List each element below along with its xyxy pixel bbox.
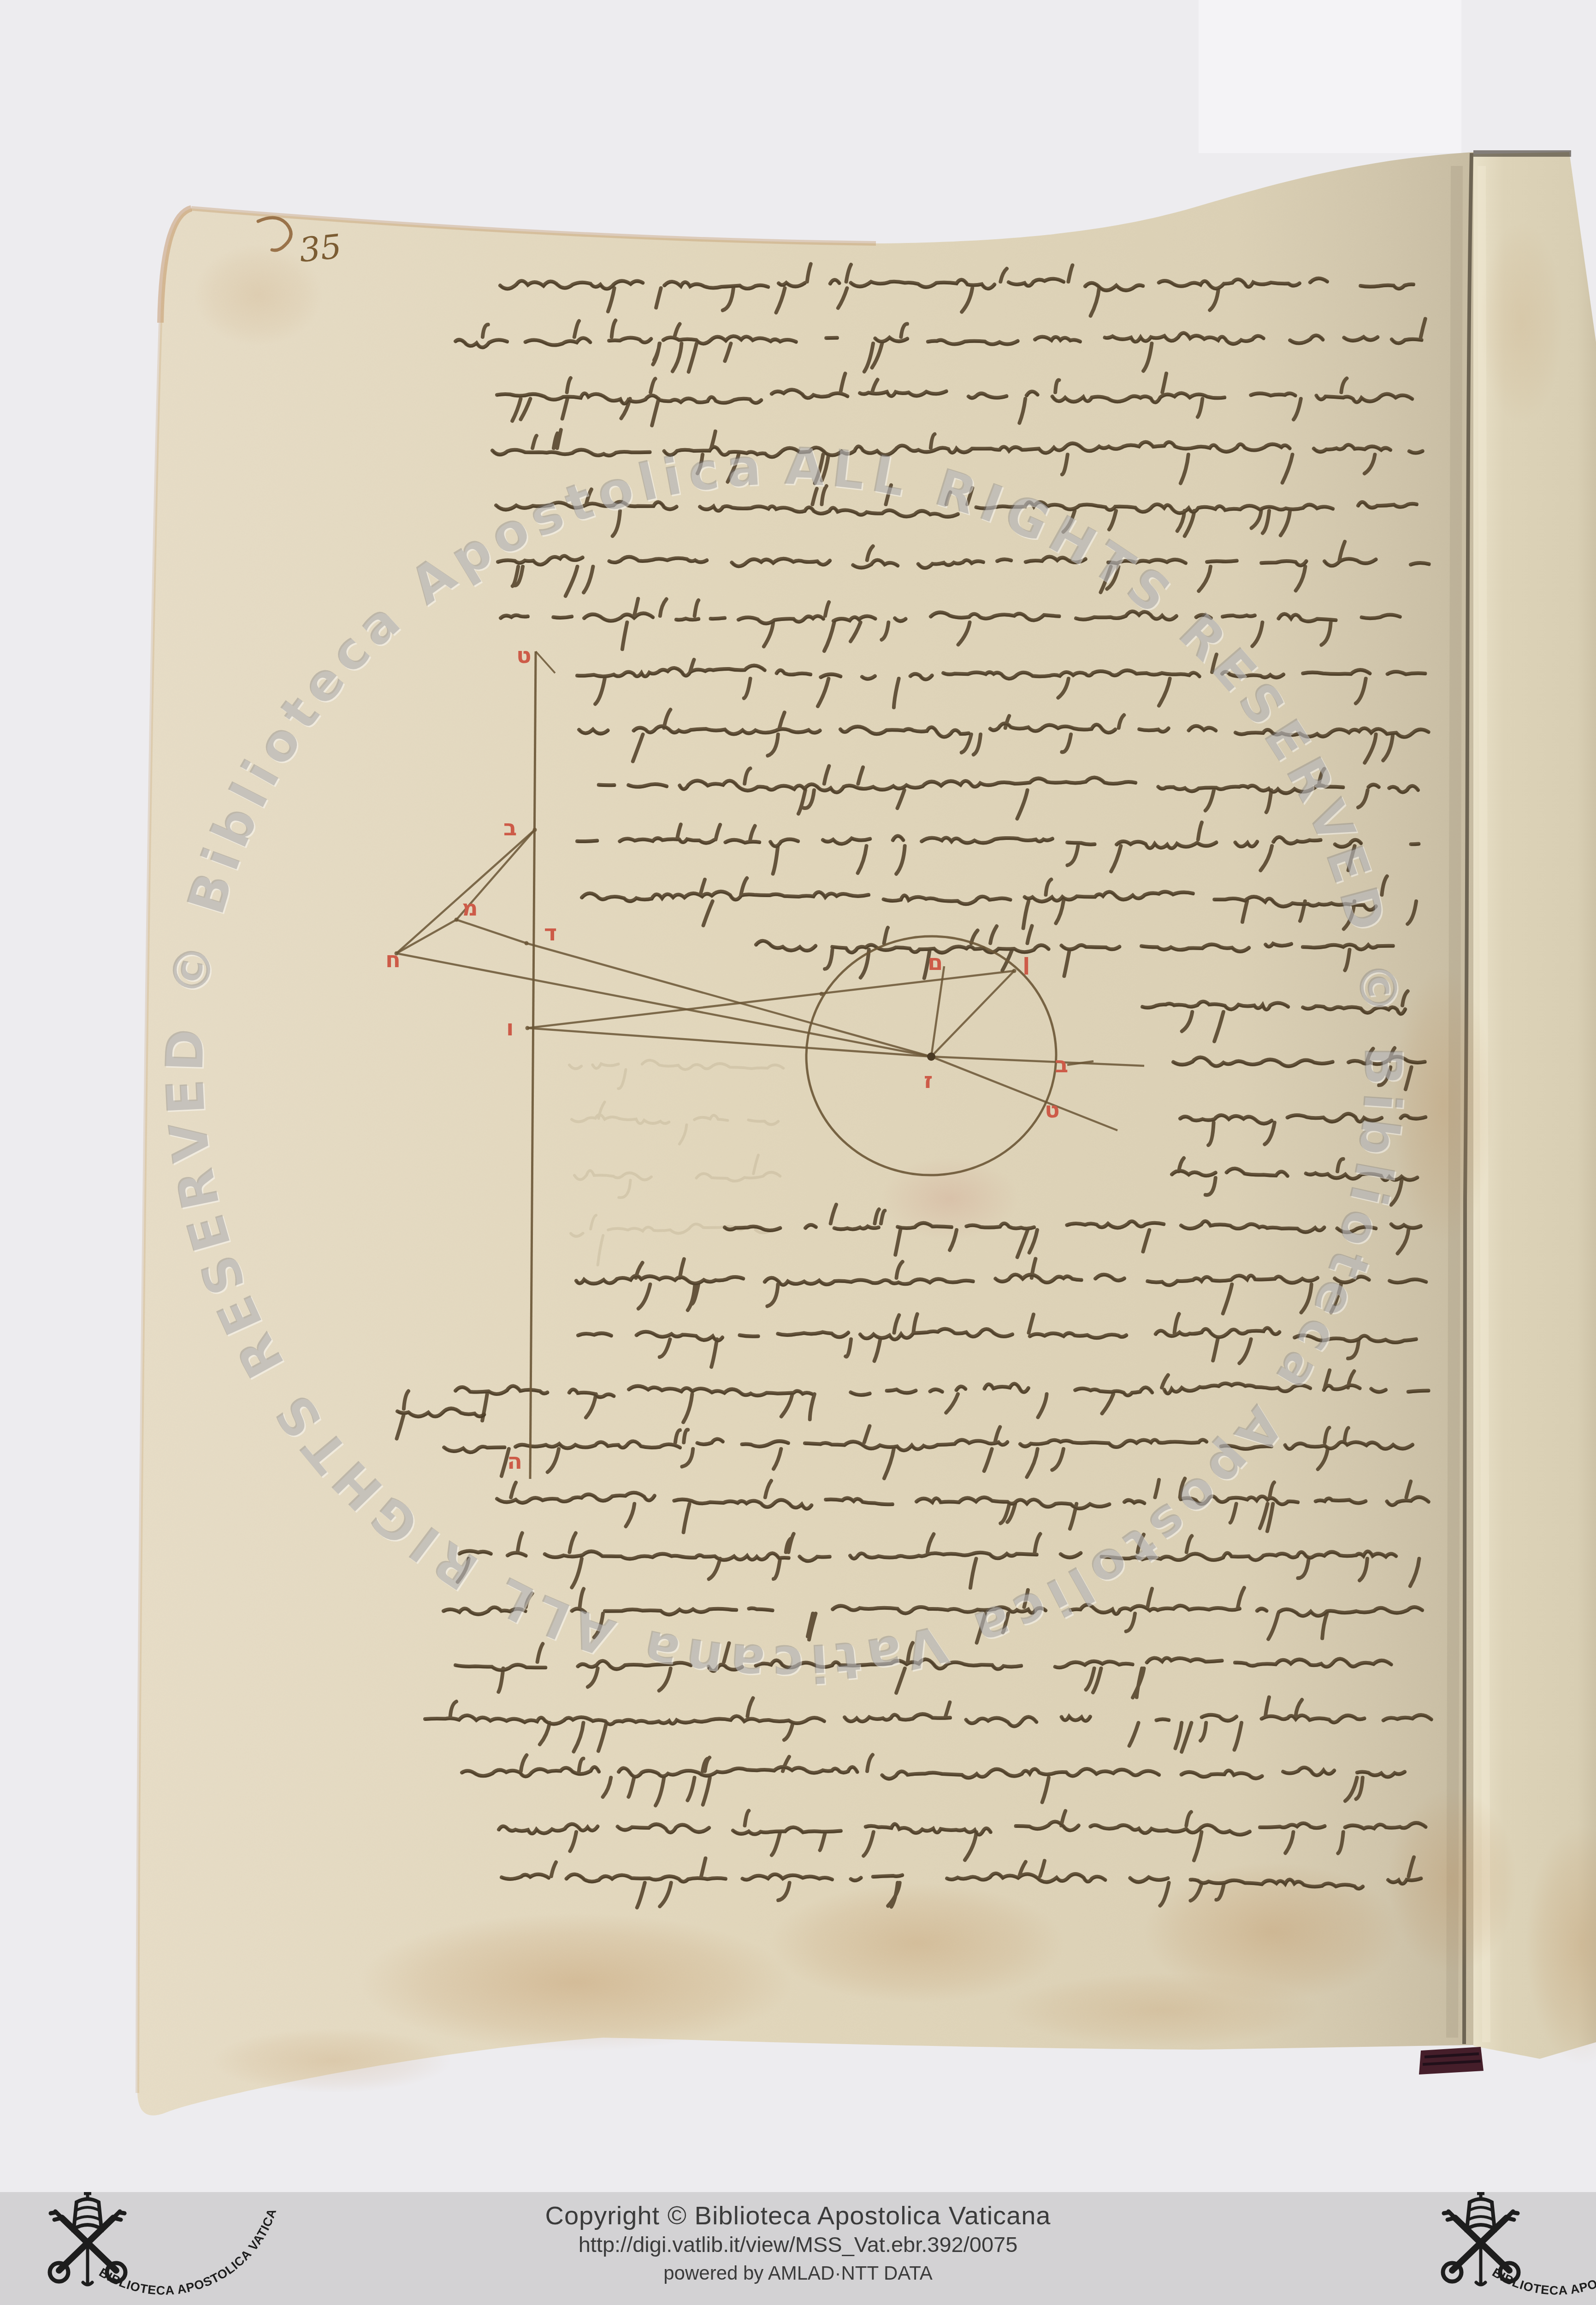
footer-bar: Copyright © Biblioteca Apostolica Vatica… (0, 2192, 1596, 2305)
diagram-vertex-dot (820, 992, 824, 996)
diagram-point-label: ט (516, 643, 532, 668)
diagram-vertex-dot (455, 918, 459, 922)
diagram-point-label: ם (928, 950, 943, 975)
diagram-point-label: מ (462, 895, 478, 921)
diagram-point-label: ב (503, 815, 517, 841)
diagram-point-label: ט (1045, 1097, 1060, 1123)
vatican-library-logo-right (1443, 2192, 1596, 2298)
diagram-point-label: ה (507, 1448, 522, 1474)
scanner-background-bright-strip (1199, 0, 1461, 153)
diagram-point-label: ב (1055, 1052, 1068, 1078)
diagram-point-label: ו (506, 1015, 514, 1041)
diagram-center-dot (927, 1052, 935, 1061)
papal-tiara-icon (74, 2192, 101, 2229)
scan-artwork: 35 טבחמדוהםןזבט ALL RIGHTS RESERVED © Bi… (0, 0, 1596, 2305)
folio-number: 35 (297, 227, 343, 270)
diagram-point-label: ן (1023, 949, 1030, 975)
diagram-vertex-dot (1012, 969, 1017, 973)
vatican-library-logo-left: BIBLIOTECA APOSTOLICA VATICANA (50, 2192, 279, 2298)
digitized-manuscript-scan: 35 טבחמדוהםןזבט ALL RIGHTS RESERVED © Bi… (0, 0, 1596, 2305)
diagram-vertex-dot (533, 828, 537, 832)
diagram-point-label: ז (924, 1068, 933, 1093)
page-gap-shadow-top (1473, 150, 1571, 157)
diagram-vertex-dot (526, 1026, 530, 1030)
footer-logos: BIBLIOTECA APOSTOLICA VATICANA (0, 2192, 1596, 2305)
diagram-vertex-dot (525, 941, 529, 946)
diagram-point-label: ח (385, 947, 401, 973)
diagram-point-label: ד (544, 920, 557, 946)
